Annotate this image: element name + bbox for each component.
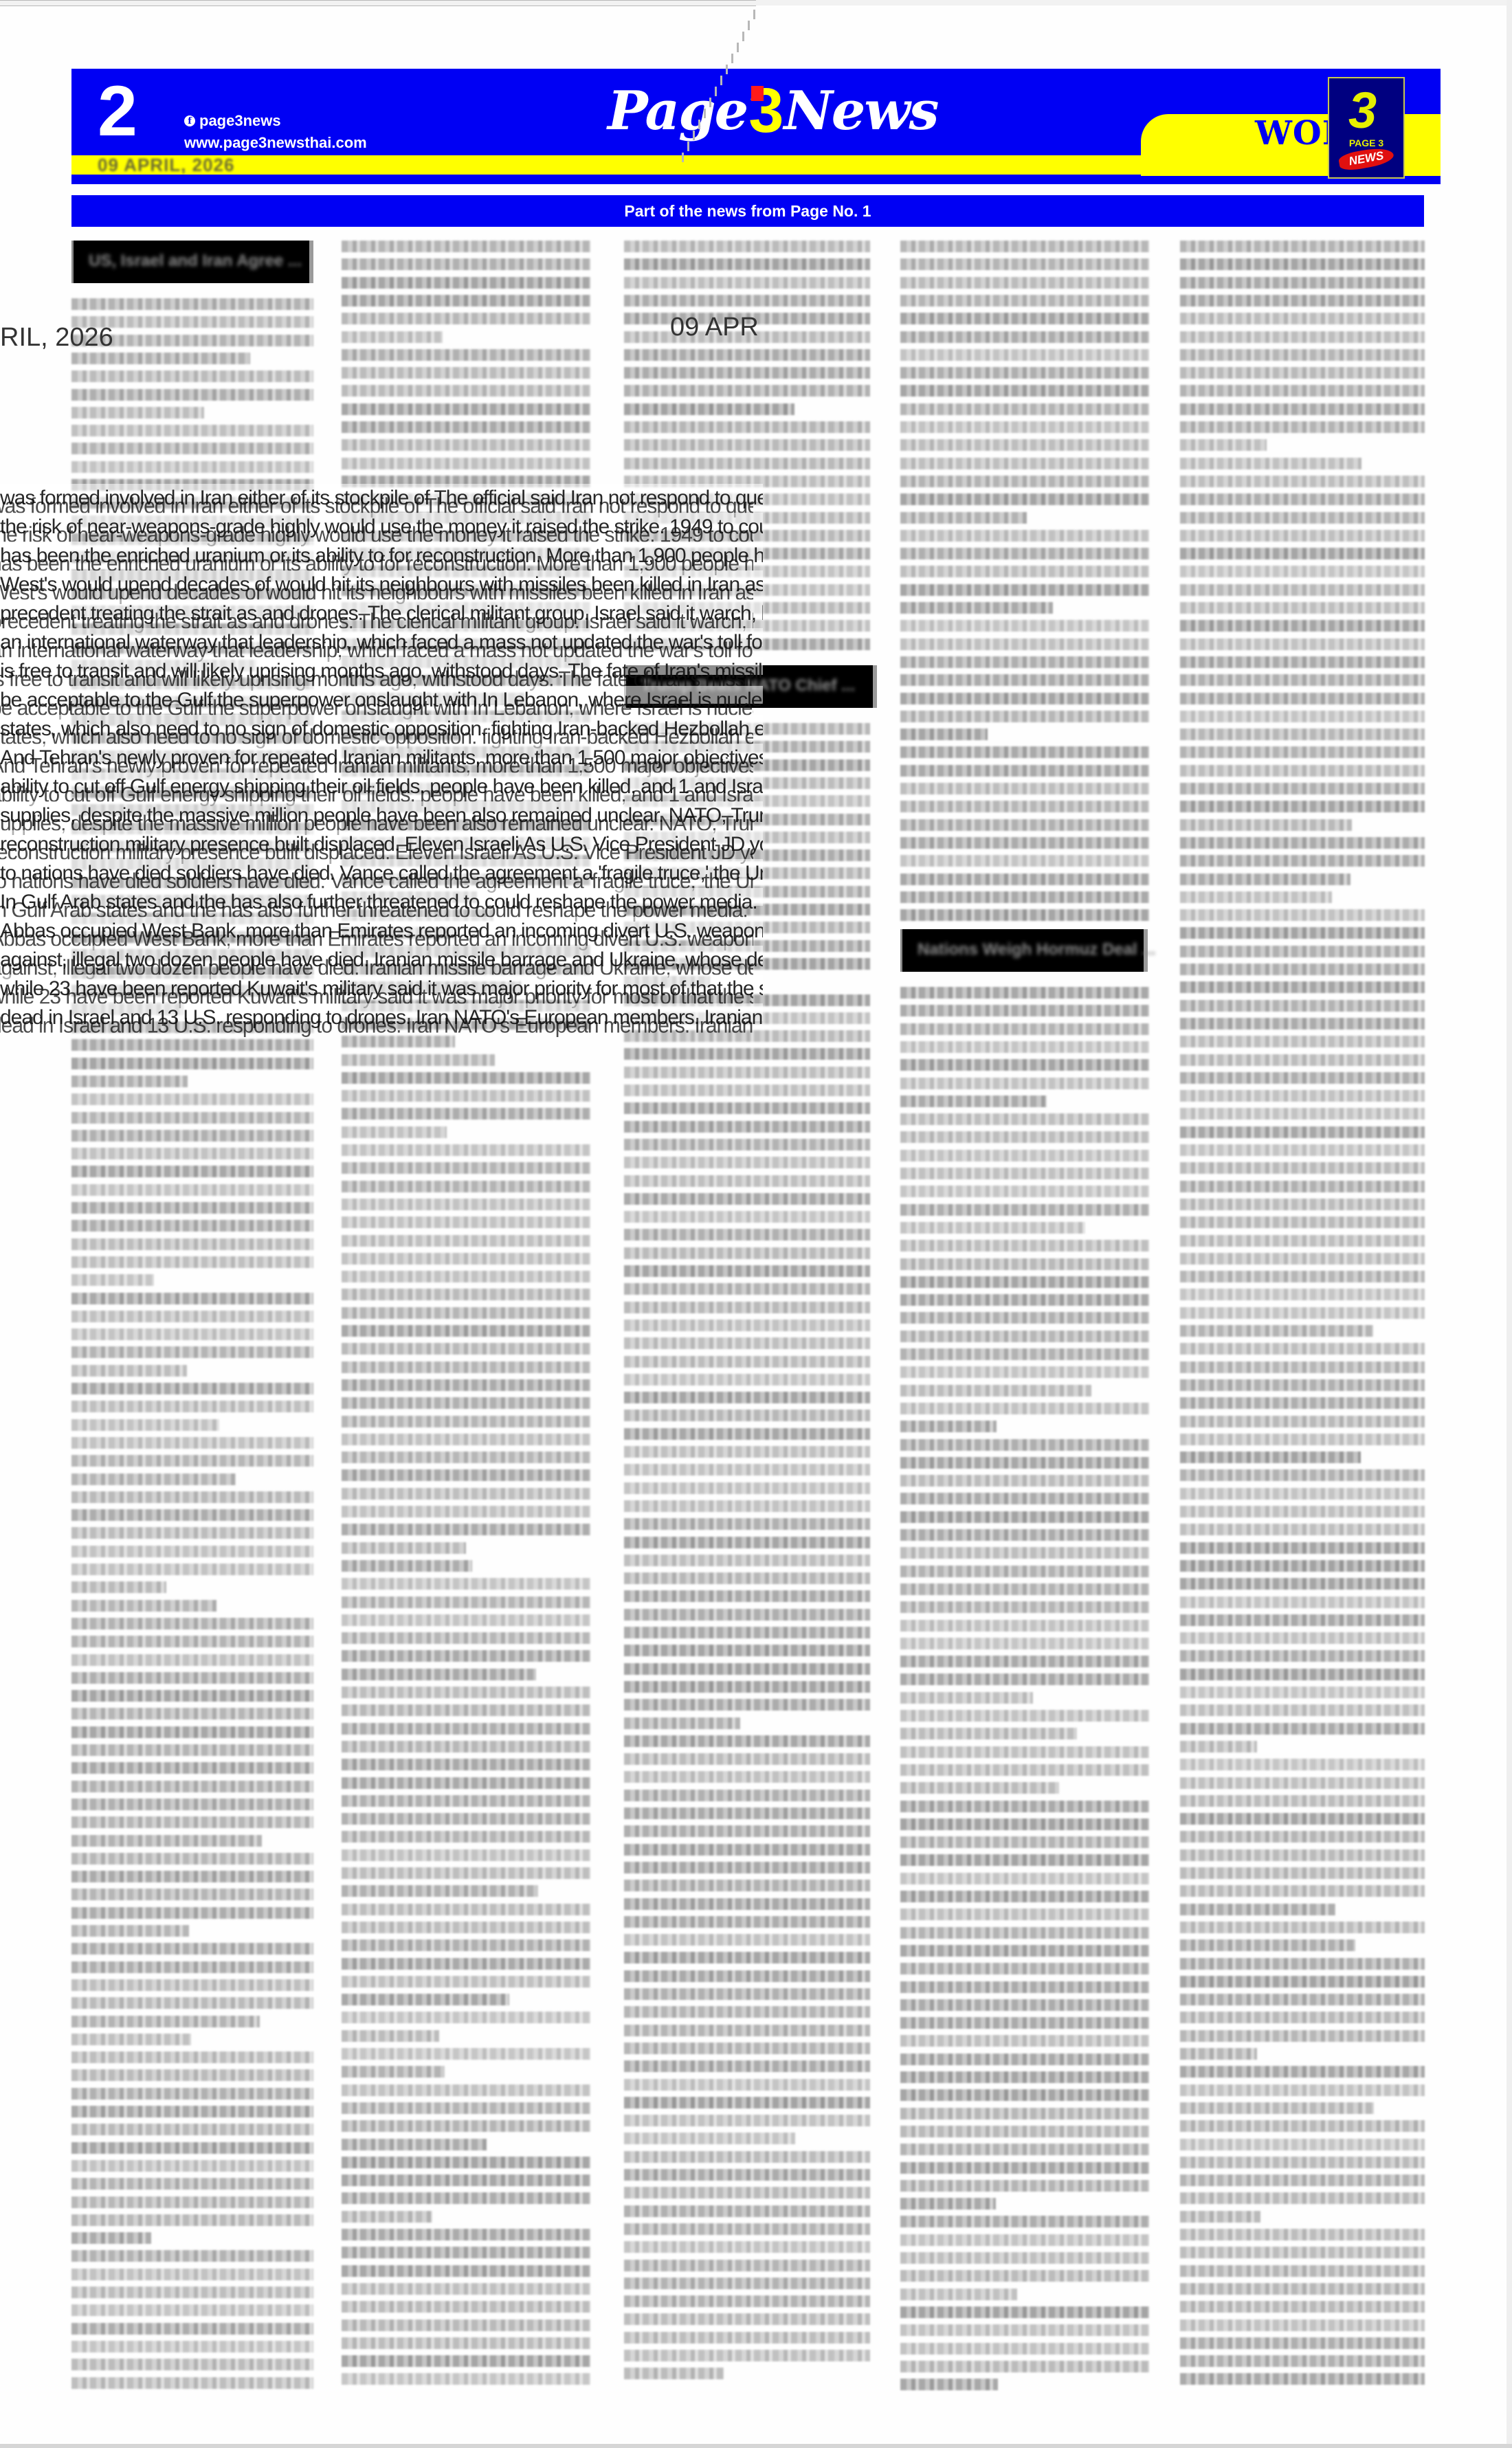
blurred-text-line [900,476,1149,487]
blurred-text-line [624,2187,870,2199]
blurred-text-line [624,1337,870,1349]
blurred-text-line [624,1609,870,1621]
blurred-text-line [1180,765,1425,777]
blurred-text-line [71,1871,313,1882]
blurred-text-line [624,1790,870,1801]
blurred-text-line [1180,1813,1425,1825]
blurred-text-line [71,1093,313,1105]
blurred-text-line [900,1764,1149,1776]
blurred-text-line [1180,566,1425,577]
blurred-text-line [1180,837,1425,849]
blurred-text-line [900,1366,1149,1378]
blurred-text-line [1180,674,1425,686]
blurred-text-line [624,1807,870,1819]
blurred-text-line [1180,1343,1425,1355]
blurred-text-line [1180,1379,1425,1391]
blurred-text-line [900,367,1149,379]
blurred-text-line [342,1397,590,1409]
blurred-text-line [900,1059,1149,1071]
blurred-text-line [71,298,313,310]
blurred-text-line [1180,1922,1425,1933]
blurred-text-line [342,258,590,270]
blurred-text-line [900,1909,1149,1920]
blurred-text-line [342,2229,590,2240]
blurred-text-line [1180,1235,1425,1247]
blurred-text-line [342,2139,487,2150]
scan-artifact-mark [693,131,695,140]
blurred-text-line [1180,981,1425,993]
blurred-text-line [342,2192,590,2204]
blurred-text-line [900,2108,1149,2119]
blurred-text-line [71,1166,313,1177]
blurred-text-line [900,2089,1149,2101]
blurred-text-line [900,1945,1149,1957]
blurred-text-line [624,1084,870,1096]
blurred-text-line [624,2060,870,2072]
blurred-text-line [342,1126,447,1138]
blurred-text-line [900,1710,1149,1722]
blurred-text-line [1180,1632,1425,1644]
blurred-text-line [624,1970,870,1982]
blurred-text-line [900,1854,1149,1866]
blurred-text-line [900,855,1149,867]
blurred-text-line [900,765,1149,777]
blurred-text-line [342,1090,590,1102]
blurred-text-line [71,1076,188,1087]
blurred-text-line [624,1771,870,1783]
blurred-text-line [71,1726,313,1738]
blurred-text-line [900,1023,1149,1035]
blurred-text-line [1180,331,1425,343]
blurred-text-line [1180,2319,1425,2331]
blurred-text-line [900,1999,1149,2011]
blurred-text-line [624,2260,870,2271]
badge-number: 3 [1348,81,1377,140]
headline-text: Nations Weigh Hormuz Deal ... [918,940,1155,959]
blurred-text-line [342,1054,495,1066]
blurred-text-line [342,1704,590,1716]
blurred-text-line [1180,1416,1425,1427]
blurred-text-line [342,1434,590,1445]
blurred-text-line [1180,2157,1425,2168]
scan-edge-line [0,0,756,1]
blurred-text-line [342,1849,590,1861]
blurred-text-line [342,1506,590,1517]
blurred-text-line [342,1560,472,1572]
blurred-text-line [71,1238,313,1250]
blurred-text-line [624,1699,870,1711]
blurred-text-line [624,2133,795,2144]
blurred-text-line [900,1294,1149,1306]
blurred-text-line [1180,1271,1425,1282]
blurred-text-line [1180,1181,1425,1192]
blurred-text-line [342,1885,538,1897]
blurred-text-line [1180,1867,1425,1879]
blurred-text-line [71,1581,166,1593]
blurred-text-line [1180,584,1425,596]
blurred-text-line [71,425,313,436]
scan-artifact-mark [709,98,711,107]
blurred-text-line [71,1925,189,1937]
blurred-text-line [71,461,313,473]
blurred-text-line [624,1555,870,1566]
blurred-text-line [900,493,1149,505]
article-headline: US, Israel and Iran Agree ... [71,241,313,283]
blurred-text-line [1180,2229,1425,2240]
blurred-text-line [624,1121,870,1133]
blurred-text-line [624,1320,870,1331]
blurred-text-line [1180,801,1425,812]
blurred-text-line [342,1958,590,1970]
blurred-text-line [1180,1325,1373,1337]
blurred-text-line [1180,1162,1425,1174]
blurred-text-line [1180,1253,1425,1265]
blurred-text-line [624,2295,870,2307]
blurred-text-line [71,1835,262,1847]
blurred-text-line [71,1564,313,1575]
blurred-text-line [900,1403,1149,1414]
blurred-text-line [342,1723,590,1735]
blurred-text-line [624,2332,870,2344]
blurred-text-line [71,1202,313,1214]
blurred-text-line [71,2304,313,2316]
blurred-text-line [1180,620,1425,632]
blurred-text-line [624,1302,870,1313]
blurred-text-line [342,1108,590,1120]
blurred-text-line [624,1880,870,1891]
blurred-text-line [71,2178,313,2190]
blurred-text-line [342,1199,590,1210]
blurred-text-line [624,2006,870,2018]
blurred-text-line [342,241,590,252]
blurred-text-line [624,2151,870,2163]
blurred-text-line [1180,1361,1425,1373]
blurred-text-line [342,1614,590,1626]
facebook-handle[interactable]: page3news [199,112,281,130]
blurred-text-line [342,1488,590,1500]
scan-artifact-mark [687,142,689,151]
blurred-text-line [1180,241,1425,252]
blurred-text-line [1180,2120,1425,2132]
blurred-text-line [624,1988,870,2000]
blurred-text-line [71,1690,313,1702]
blurred-text-line [71,1256,313,1268]
blurred-text-line [900,530,1149,542]
blurred-text-line [624,1482,870,1494]
blurred-text-line [71,1527,313,1539]
blurred-text-line [900,1981,1149,1993]
scan-artifact-mark [682,153,684,162]
blurred-text-line [1180,1704,1425,1716]
blurred-text-line [900,783,1149,794]
blurred-text-line [71,2323,313,2335]
blurred-text-line [624,1717,740,1729]
blurred-text-line [342,1687,590,1698]
blurred-text-line [624,1067,870,1078]
blurred-text-line [71,1419,219,1431]
blurred-text-line [1180,2102,1374,2114]
blurred-text-line [900,2035,1149,2047]
blurred-text-line [624,1211,870,1223]
masthead: 2 f page3news www.page3newsthai.com 09 A… [71,69,1441,184]
blurred-text-line [71,1509,313,1521]
blurred-text-line [1180,1885,1425,1897]
blurred-text-line [342,1632,590,1644]
blurred-text-line [342,1181,590,1192]
page3-news-badge: 3 PAGE 3 NEWS [1328,77,1405,179]
blurred-text-line [900,1801,1149,1812]
blurred-text-line [71,1816,313,1828]
website-link[interactable]: www.page3newsthai.com [184,134,367,152]
blurred-text-line [900,2144,1149,2155]
blurred-text-line [900,1095,1047,1107]
blurred-text-line [342,2265,590,2277]
blurred-text-line [900,1222,1085,1234]
blurred-text-line [342,1976,590,1988]
page-edge [0,2444,1512,2448]
blurred-text-line [1180,1723,1425,1735]
blurred-text-line [1180,656,1425,668]
blurred-text-line [900,801,1149,812]
blurred-text-line [624,1229,870,1240]
blurred-text-line [1180,421,1425,433]
blurred-text-line [342,1416,590,1427]
blurred-text-line [900,1439,1149,1451]
blurred-text-line [1180,1469,1425,1481]
blurred-text-line [900,584,1149,596]
headline-text: US, Israel and Iran Agree ... [89,252,302,271]
blurred-text-line [71,1328,313,1340]
blurred-text-line [342,1289,590,1300]
blurred-text-line [342,277,590,289]
blurred-text-line [624,458,870,469]
blurred-text-line [342,367,590,379]
blurred-text-line [624,1537,870,1548]
blurred-text-line [624,2097,870,2108]
blurred-text-line [342,2337,590,2349]
blurred-text-line [342,2355,590,2367]
blurred-text-line [900,728,988,740]
blurred-text-line [342,1469,590,1481]
blurred-text-line [71,1491,313,1503]
blurred-text-line [624,1500,870,1512]
blurred-text-line [1180,746,1425,758]
blurred-text-line [900,458,1149,469]
badge-line2: NEWS [1337,145,1394,172]
blurred-text-line [900,1836,1149,1848]
blurred-text-line [624,1374,870,1386]
blurred-text-line [342,1451,590,1463]
blurred-text-line [900,1692,1033,1704]
blurred-text-line [342,2174,590,2186]
blurred-text-line [342,1542,466,1554]
blurred-text-line [900,2270,1149,2282]
blurred-text-line [900,1204,1149,1216]
blurred-text-line [900,1348,1149,1360]
blurred-text-line [1180,548,1425,559]
blurred-text-line [900,403,1149,415]
blurred-text-line [1180,1578,1425,1590]
blurred-text-line [624,258,870,270]
blurred-text-line [900,295,1149,307]
blurred-text-line [71,1220,313,1232]
logo-text-right: News [783,80,937,142]
blurred-text-line [1180,530,1425,542]
blurred-text-line [342,2157,590,2168]
blurred-text-line [900,2361,1149,2372]
blurred-text-line [900,1005,1149,1016]
blurred-text-line [342,1759,590,1770]
blurred-text-line [342,1235,590,1247]
blurred-text-line [71,2377,313,2389]
blurred-text-line [900,1240,1149,1251]
blurred-text-line [1180,2211,1260,2223]
blurred-text-line [1180,1434,1425,1445]
blurred-text-line [900,819,1149,831]
blurred-text-line [900,2252,1149,2264]
blurred-text-line [71,1961,313,1973]
blurred-text-line [342,1795,590,1807]
blurred-text-line [624,1663,870,1675]
blurred-text-line [342,1253,590,1265]
blurred-text-line [342,2211,432,2223]
blurred-text-line [624,349,870,361]
blurred-text-line [900,241,1149,252]
blurred-text-line [900,1638,1149,1649]
blurred-text-line [342,1994,509,2005]
blurred-text-line [624,1410,870,1421]
blurred-text-line [342,1596,590,1608]
logo-text-left: Page [608,80,747,142]
blurred-text-line [342,403,590,415]
blurred-text-line [900,1583,1149,1595]
blurred-text-line [1180,2084,1425,2096]
blurred-text-line [342,439,590,451]
blurred-text-line [1180,1650,1425,1662]
blurred-text-line [71,1708,313,1720]
blurred-text-line [1180,2373,1425,2385]
blurred-text-line [624,1825,870,1837]
blurred-text-line [624,1753,870,1765]
blurred-text-line [342,1162,590,1174]
blurred-text-line [624,241,870,252]
blurred-text-line [624,1193,870,1205]
blurred-text-line [71,1184,313,1196]
social-links: f page3news www.page3newsthai.com [184,110,367,154]
blurred-text-line [1180,2247,1425,2258]
blurred-text-line [900,1746,1149,1758]
blurred-text-line [1180,2139,1425,2150]
blurred-text-line [900,1078,1149,1089]
blurred-text-line [71,2124,313,2135]
blurred-text-line [71,2196,313,2208]
blurred-text-line [71,370,313,382]
blurred-text-line [342,2012,590,2023]
blurred-text-line [900,2180,1149,2192]
blurred-text-line [71,1311,313,1322]
scan-artifact-mark [753,10,755,19]
blurred-text-line [342,313,590,324]
blurred-text-line [1180,1506,1425,1517]
blurred-text-line [624,1934,870,1946]
blurred-text-line [624,1572,870,1584]
blurred-text-line [624,1392,870,1403]
blurred-text-line [1180,458,1361,469]
blurred-text-line [342,1271,590,1282]
blurred-text-line [1180,855,1425,867]
blurred-text-line [1180,1108,1425,1120]
blurred-text-line [1180,1831,1425,1843]
blurred-text-line [1180,1741,1257,1752]
blurred-text-line [624,2223,870,2235]
blurred-text-line [71,1437,313,1449]
blurred-text-line [1180,1994,1425,2005]
blurred-text-line [71,1130,313,1142]
blurred-text-line [71,2214,313,2226]
blurred-text-line [1180,2355,1425,2367]
blurred-text-line [342,1524,590,1535]
blurred-text-line [1180,1687,1425,1698]
blurred-text-line [71,2088,313,2100]
blurred-text-line [624,2043,870,2054]
blurred-text-line [1180,819,1352,831]
blurred-text-line [1180,1849,1425,1861]
blurred-text-line [1180,891,1332,903]
blurred-text-line [624,2205,870,2217]
blurred-text-line [624,385,870,397]
blurred-text-line [624,1157,870,1168]
blurred-text-line [900,656,1149,668]
blurred-text-line [342,385,590,397]
blurred-text-line [1180,1488,1425,1500]
blurred-text-line [71,1401,313,1412]
blurred-text-line [1180,277,1425,289]
blurred-text-line [900,1150,1149,1161]
blurred-text-line [900,1673,1149,1685]
blurred-text-line [342,2120,590,2132]
blurred-text-line [900,2324,1149,2336]
blurred-text-line [1180,1126,1425,1138]
overlay-date-fragment: 09 APR [670,313,759,342]
issue-date: 09 APRIL, 2026 [98,155,234,175]
page-edge [1507,0,1512,2448]
blurred-text-line [900,1041,1149,1053]
blurred-text-line [342,1650,590,1662]
scan-artifact-mark [704,109,706,118]
blurred-text-line [71,1618,313,1629]
blurred-text-line [71,1473,236,1485]
blurred-text-line [1180,2301,1425,2313]
blurred-text-line [71,1907,313,1919]
blurred-text-line [624,1898,870,1910]
blurred-text-line [71,2016,260,2027]
blurred-text-line [71,1781,313,1792]
blurred-text-line [342,1072,590,1084]
overlay-date-fragment: RIL, 2026 [0,323,113,353]
blurred-text-line [900,258,1149,270]
blurred-text-line [900,909,1149,921]
blurred-text-line [900,2126,1149,2137]
blurred-text-line [624,2350,870,2361]
blurred-text-line [1180,1199,1425,1210]
blurred-text-line [900,987,1149,999]
blurred-text-line [900,620,1149,632]
blurred-text-line [71,1636,313,1647]
blurred-text-line [624,2313,870,2325]
blurred-text-line [1180,693,1425,704]
blurred-text-line [71,1346,313,1358]
blurred-text-line [342,2319,590,2331]
